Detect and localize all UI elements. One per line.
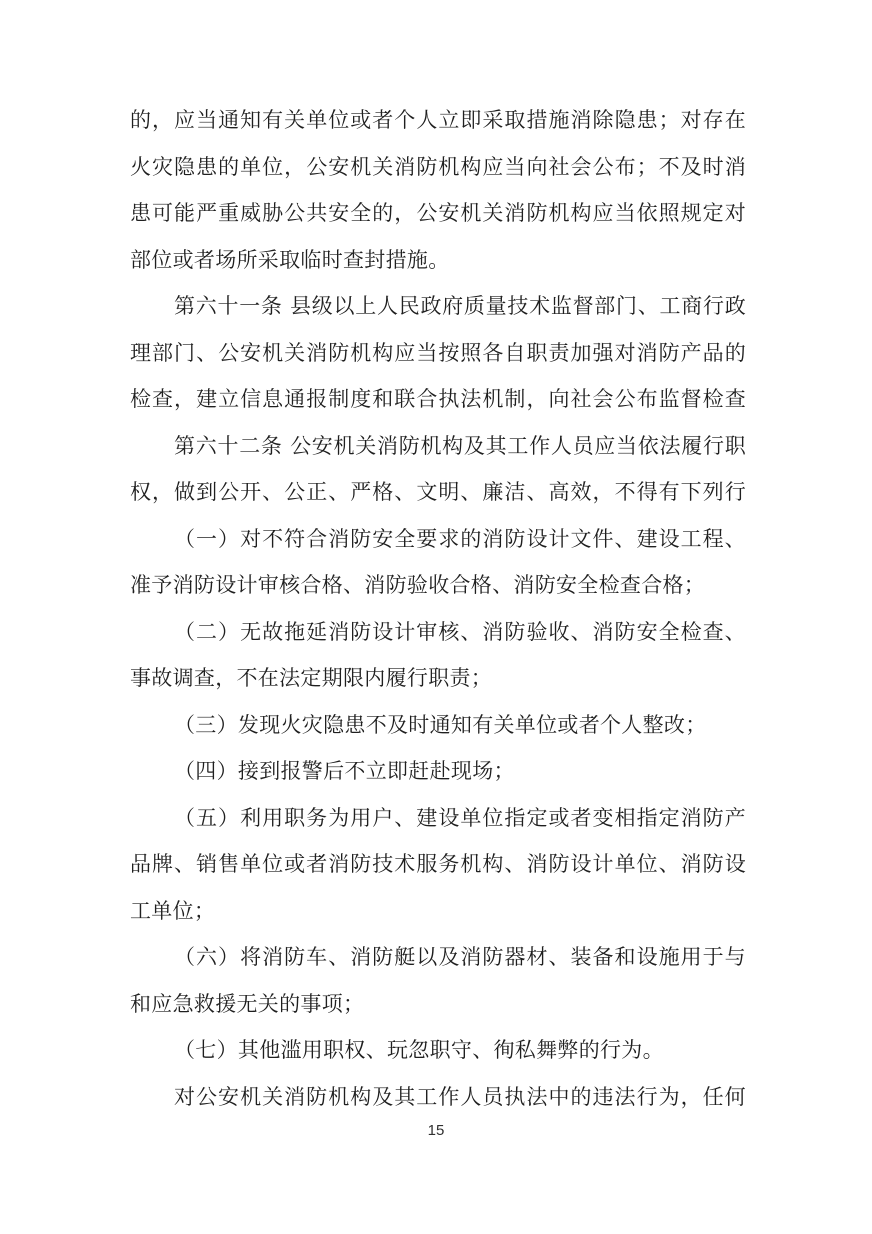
text-line: 事故调查，不在法定期限内履行职责； (130, 655, 746, 702)
text-line: 部位或者场所采取临时查封措施。 (130, 237, 746, 284)
text-line: 理部门、公安机关消防机构应当按照各自职责加强对消防产品的监督 (130, 330, 746, 377)
text-line: 品牌、销售单位或者消防技术服务机构、消防设计单位、消防设施施 (130, 841, 746, 888)
document-body: 的，应当通知有关单位或者个人立即采取措施消除隐患；对存在重大火灾隐患的单位，公安… (130, 97, 746, 1120)
text-line: 工单位； (130, 888, 746, 935)
text-line: 准予消防设计审核合格、消防验收合格、消防安全检查合格； (130, 562, 746, 609)
document-page: 的，应当通知有关单位或者个人立即采取措施消除隐患；对存在重大火灾隐患的单位，公安… (0, 0, 872, 1234)
paragraph: （二）无故拖延消防设计审核、消防验收、消防安全检查、火灾事故调查，不在法定期限内… (130, 609, 746, 702)
text-line: 的，应当通知有关单位或者个人立即采取措施消除隐患；对存在重大 (130, 97, 746, 144)
page-number: 15 (428, 1122, 445, 1139)
text-line: 权，做到公开、公正、严格、文明、廉洁、高效，不得有下列行为： (130, 469, 746, 516)
text-line: （二）无故拖延消防设计审核、消防验收、消防安全检查、火灾 (130, 609, 746, 656)
text-line: （三）发现火灾隐患不及时通知有关单位或者个人整改； (130, 702, 746, 749)
page-footer: 15 (0, 1120, 872, 1141)
text-line: 和应急救援无关的事项； (130, 981, 746, 1028)
text-line: （五）利用职务为用户、建设单位指定或者变相指定消防产品的 (130, 795, 746, 842)
paragraph: 的，应当通知有关单位或者个人立即采取措施消除隐患；对存在重大火灾隐患的单位，公安… (130, 97, 746, 283)
text-line: （六）将消防车、消防艇以及消防器材、装备和设施用于与消防 (130, 934, 746, 981)
text-line: 患可能严重威胁公共安全的，公安机关消防机构应当依照规定对危险 (130, 190, 746, 237)
paragraph: 第六十一条 县级以上人民政府质量技术监督部门、工商行政管理部门、公安机关消防机构… (130, 283, 746, 423)
paragraph: （一）对不符合消防安全要求的消防设计文件、建设工程、场所准予消防设计审核合格、消… (130, 516, 746, 609)
text-line: 对公安机关消防机构及其工作人员执法中的违法行为，任何单位 (130, 1074, 746, 1121)
text-line: （四）接到报警后不立即赶赴现场； (130, 748, 746, 795)
text-line: 检查，建立信息通报制度和联合执法机制，向社会公布监督检查结果。 (130, 376, 746, 423)
paragraph: （六）将消防车、消防艇以及消防器材、装备和设施用于与消防和应急救援无关的事项； (130, 934, 746, 1027)
paragraph: （四）接到报警后不立即赶赴现场； (130, 748, 746, 795)
text-line: 第六十二条 公安机关消防机构及其工作人员应当依法履行职 (130, 423, 746, 470)
text-line: 第六十一条 县级以上人民政府质量技术监督部门、工商行政管 (130, 283, 746, 330)
paragraph: （七）其他滥用职权、玩忽职守、徇私舞弊的行为。 (130, 1027, 746, 1074)
text-line: 火灾隐患的单位，公安机关消防机构应当向社会公布；不及时消除隐 (130, 144, 746, 191)
text-line: （一）对不符合消防安全要求的消防设计文件、建设工程、场所 (130, 516, 746, 563)
paragraph: 第六十二条 公安机关消防机构及其工作人员应当依法履行职权，做到公开、公正、严格、… (130, 423, 746, 516)
text-line: （七）其他滥用职权、玩忽职守、徇私舞弊的行为。 (130, 1027, 746, 1074)
paragraph: （三）发现火灾隐患不及时通知有关单位或者个人整改； (130, 702, 746, 749)
paragraph: （五）利用职务为用户、建设单位指定或者变相指定消防产品的品牌、销售单位或者消防技… (130, 795, 746, 935)
paragraph: 对公安机关消防机构及其工作人员执法中的违法行为，任何单位 (130, 1074, 746, 1121)
